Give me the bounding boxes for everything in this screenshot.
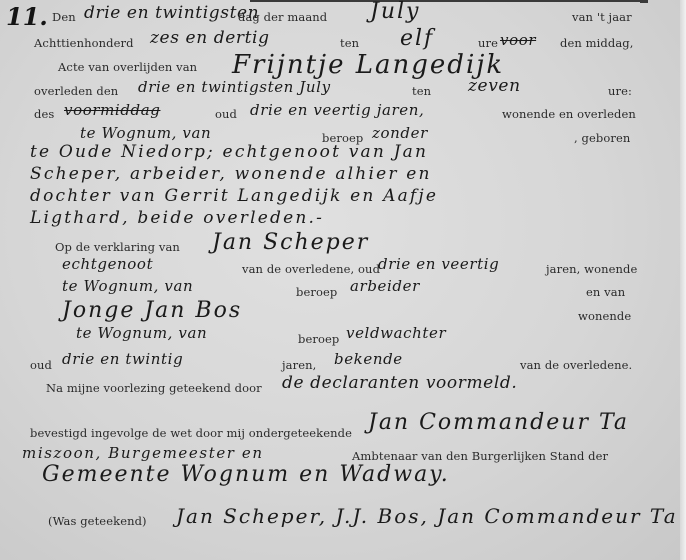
printed-ten-2: ten [412,84,431,98]
handwritten-spouse-occupation: Scheper, arbeider, wonende alhier en [30,164,432,184]
printed-op-de-verklaring-van: Op de verklaring van [55,240,180,254]
declarant-1-age: drie en veertig [378,255,499,273]
top-border-rule [250,0,645,2]
record-number: 11. [6,2,48,31]
printed-den-middag: den middag, [560,36,634,50]
handwritten-year: zes en dertig [150,28,270,48]
printed-dag-der-maand: dag der maand [238,10,327,24]
declarant-2-age: drie en twintig [62,350,183,368]
printed-acte-van-overlijden: Acte van overlijden van [58,60,197,74]
handwritten-birthplace-spouse: te Oude Niedorp; echtgenoot van Jan [30,142,428,162]
official-name: Jan Commandeur Ta [368,410,629,435]
top-border-stub [640,0,648,3]
declarant-1-residence: te Wognum, van [62,277,193,295]
printed-beroep-3: beroep [298,332,339,346]
handwritten-parents: dochter van Gerrit Langedijk en Aafje [30,186,438,206]
declarant-2-occupation: veldwachter [346,324,446,342]
declarant-2-name: Jonge Jan Bos [62,298,242,323]
deceased-name: Frijntje Langedijk [232,50,504,80]
signatures: Jan Scheper, J.J. Bos, Jan Commandeur Ta [176,504,678,528]
printed-na-mijne-voorlezing: Na mijne voorlezing geteekend door [46,381,262,395]
official-title: miszoon, Burgemeester en [22,444,264,462]
printed-den: Den [52,10,76,24]
handwritten-death-hour: zeven [468,76,521,96]
printed-oud-2: oud [30,358,52,372]
printed-des: des [34,107,54,121]
printed-wonende-2: wonende [578,309,631,323]
printed-beroep-2: beroep [296,285,337,299]
handwritten-voor-struck: voor [500,31,536,49]
declarant-1-name: Jan Scheper [212,230,369,255]
handwritten-residence: te Wognum, van [80,124,211,142]
printed-bevestigd: bevestigd ingevolge de wet door mij onde… [30,426,352,440]
handwritten-parents-deceased: Ligthard, beide overleden.- [30,208,324,228]
handwritten-signed-by: de declaranten voormeld. [282,373,517,393]
handwritten-occupation: zonder [372,124,428,142]
printed-van-de-overledene: van de overledene. [520,358,632,372]
municipality: Gemeente Wognum en Wadway. [42,462,450,487]
handwritten-day: drie en twintigsten [84,3,259,23]
declarant-1-relation: echtgenoot [62,255,153,273]
handwritten-death-date: drie en twintigsten July [138,78,331,96]
declarant-2-relation: bekende [334,350,403,368]
printed-jaren: jaren, [282,358,316,372]
handwritten-age: drie en veertig jaren, [250,101,424,119]
printed-overleden-den: overleden den [34,84,118,98]
declarant-1-occupation: arbeider [350,277,420,295]
printed-van-de-overledene-oud: van de overledene, oud [242,262,380,276]
printed-ure: ure [478,36,498,50]
printed-was-geteekend: (Was geteekend) [48,514,147,528]
printed-oud: oud [215,107,237,121]
printed-jaren-wonende: jaren, wonende [546,262,637,276]
handwritten-hour: elf [400,26,434,51]
printed-ten: ten [340,36,359,50]
printed-ambtenaar: Ambtenaar van den Burgerlijken Stand der [352,449,608,463]
printed-en-van: en van [586,285,625,299]
handwritten-voormiddag: voormiddag [64,101,160,119]
printed-achttienhonderd: Achttienhonderd [34,36,134,50]
printed-ure-colon: ure: [608,84,632,98]
handwritten-month: July [370,0,420,24]
printed-geboren: , geboren [574,131,630,145]
printed-van-t-jaar: van 't jaar [572,10,632,24]
printed-wonende-en-overleden: wonende en overleden [502,107,636,121]
page-edge [680,0,686,560]
document-page: 11. Den drie en twintigsten July dag der… [0,0,686,560]
declarant-2-residence: te Wognum, van [76,324,207,342]
